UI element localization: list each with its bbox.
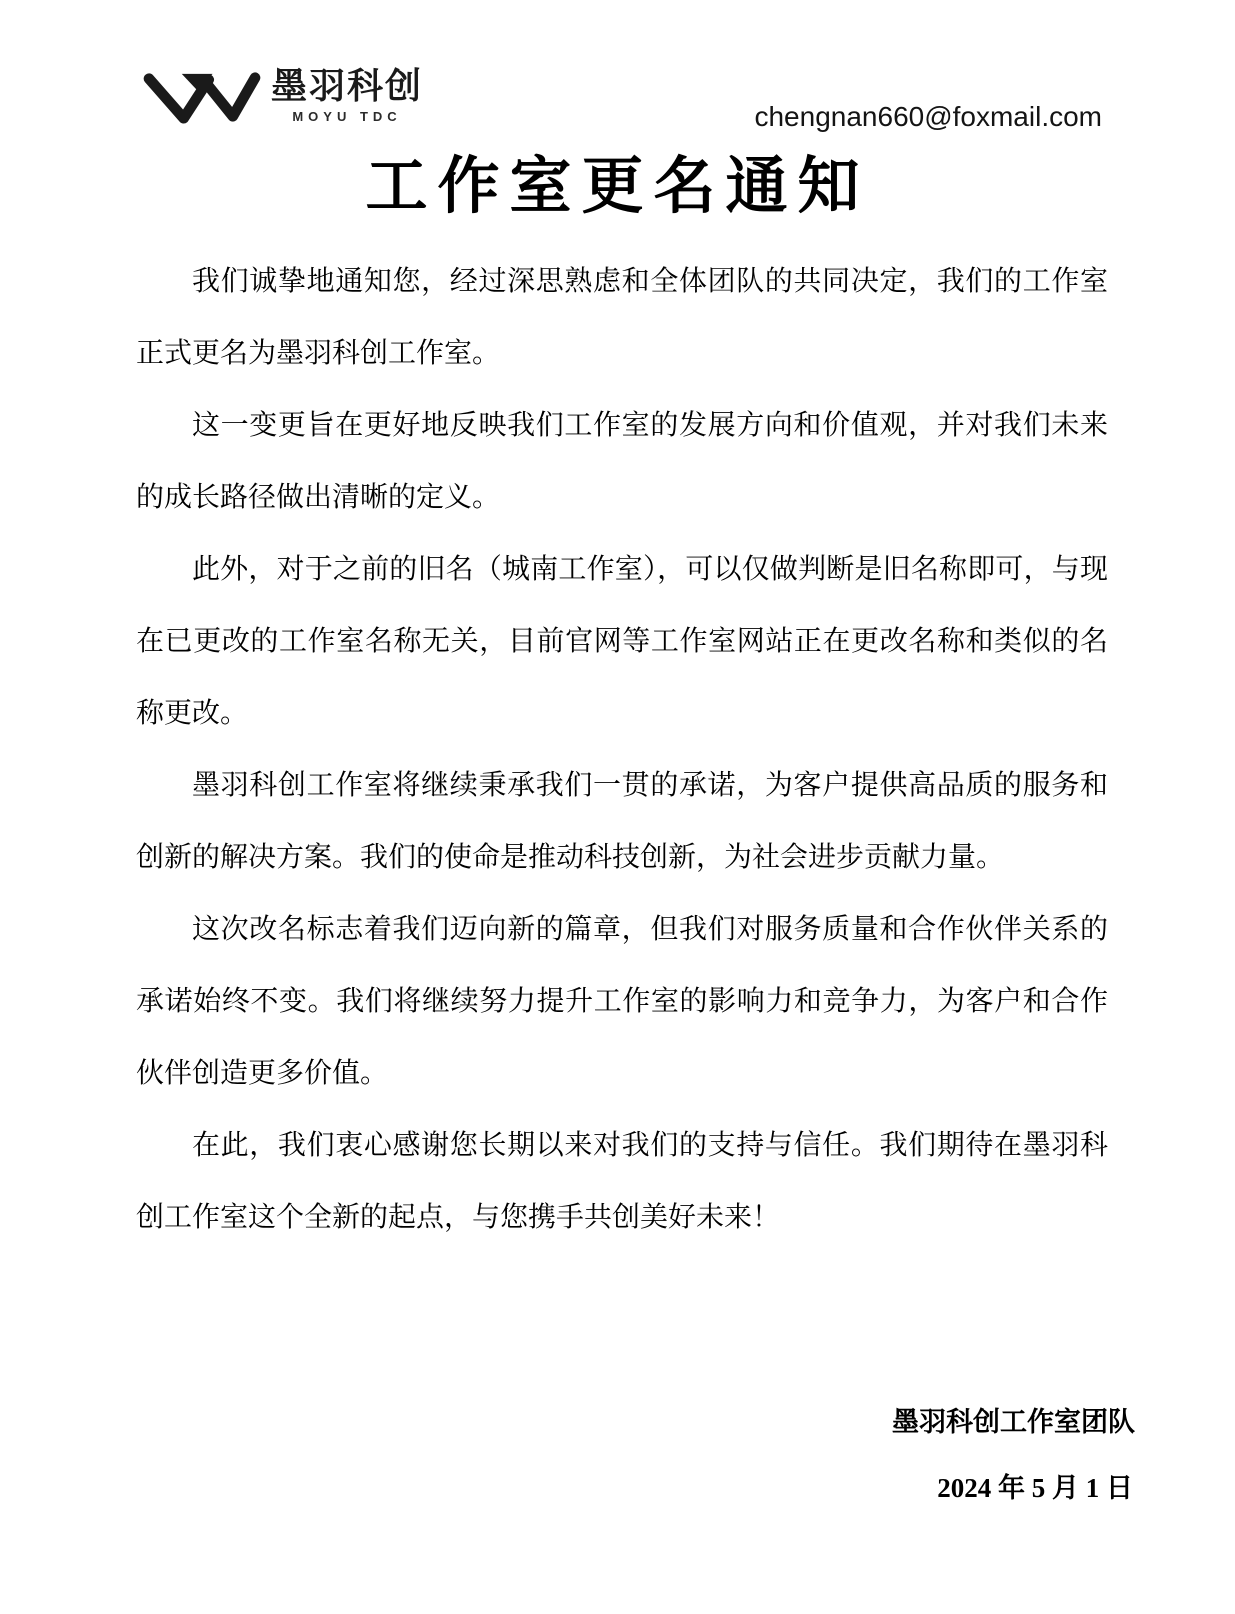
moyu-w-logo-icon	[143, 70, 261, 124]
paragraph: 我们诚挚地通知您，经过深思熟虑和全体团队的共同决定，我们的工作室正式更名为墨羽科…	[136, 246, 1108, 390]
signature-date: 2024 年 5 月 1 日	[937, 1466, 1133, 1505]
brand-name-cn: 墨羽科创	[271, 66, 423, 106]
page-title: 工作室更名通知	[0, 148, 1235, 226]
paragraph: 这次改名标志着我们迈向新的篇章，但我们对服务质量和合作伙伴关系的承诺始终不变。我…	[136, 894, 1108, 1110]
signature: 墨羽科创工作室团队	[892, 1400, 1135, 1439]
logo: 墨羽科创 MOYU TDC	[143, 66, 423, 124]
document-body: 我们诚挚地通知您，经过深思熟虑和全体团队的共同决定，我们的工作室正式更名为墨羽科…	[136, 246, 1108, 1254]
paragraph: 墨羽科创工作室将继续秉承我们一贯的承诺，为客户提供高品质的服务和创新的解决方案。…	[136, 750, 1108, 894]
brand-name-en: MOYU TDC	[292, 109, 401, 124]
document-page: 墨羽科创 MOYU TDC chengnan660@foxmail.com 工作…	[0, 0, 1235, 1614]
paragraph: 此外，对于之前的旧名（城南工作室），可以仅做判断是旧名称即可，与现在已更改的工作…	[136, 534, 1108, 750]
contact-email: chengnan660@foxmail.com	[754, 101, 1102, 133]
paragraph: 在此，我们衷心感谢您长期以来对我们的支持与信任。我们期待在墨羽科创工作室这个全新…	[136, 1110, 1108, 1254]
paragraph: 这一变更旨在更好地反映我们工作室的发展方向和价值观，并对我们未来的成长路径做出清…	[136, 390, 1108, 534]
brand-text: 墨羽科创 MOYU TDC	[271, 66, 423, 124]
